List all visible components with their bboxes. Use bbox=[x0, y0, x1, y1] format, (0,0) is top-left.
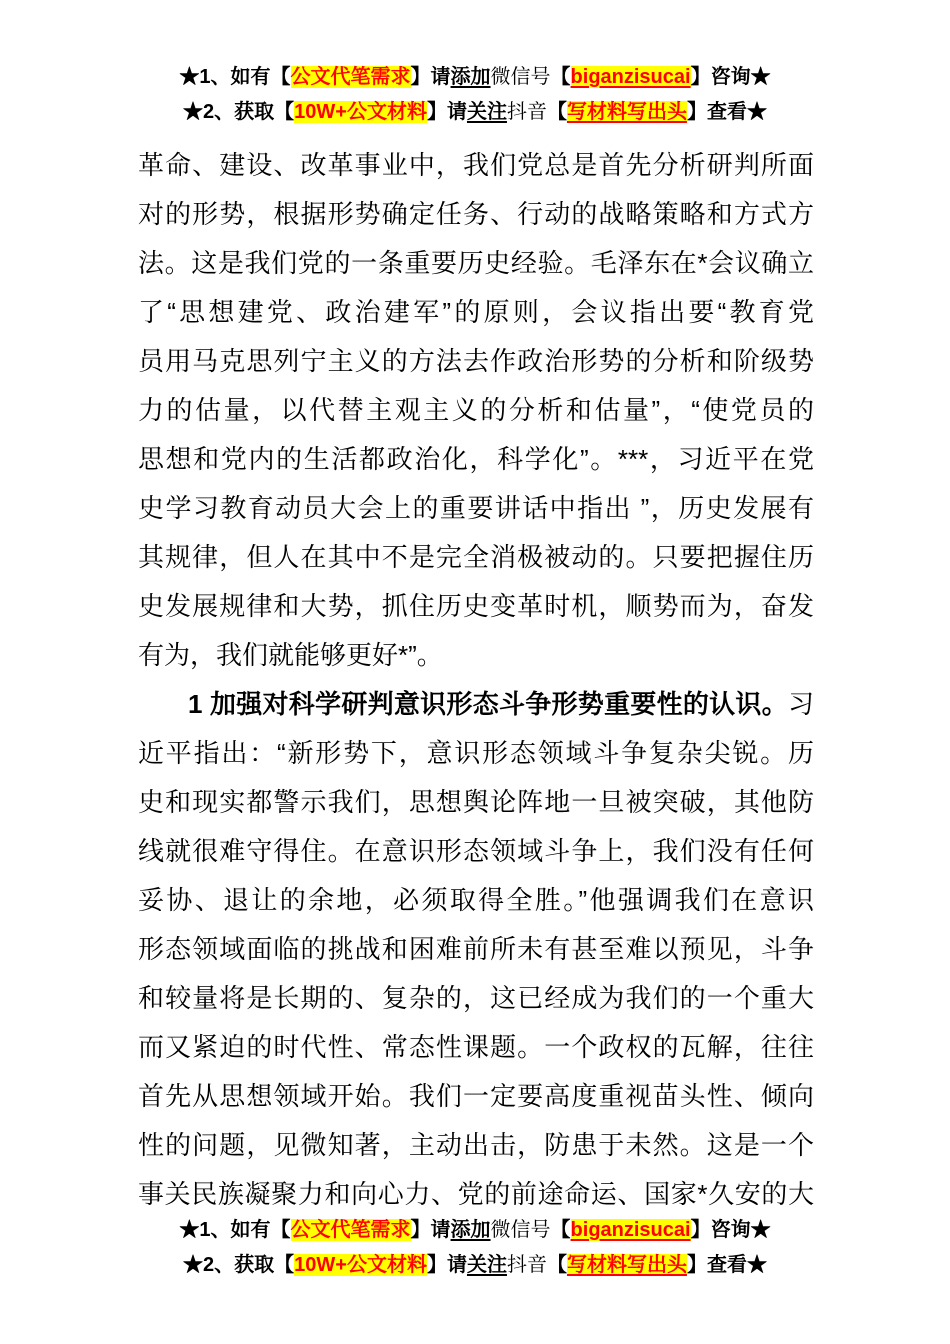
body-text: 有为，我们就能够更好*”。 bbox=[138, 640, 443, 670]
body-text: 了“思想建党、政治建军”的原则，会议指出要“教育党 bbox=[138, 297, 814, 327]
banner-prefix: ★2、获取【 bbox=[183, 1254, 294, 1276]
banner-suffix: 】咨询★ bbox=[691, 1219, 771, 1241]
header-promo-banner: ★1、如有【公文代笔需求】请添加微信号【biganzisucai】咨询★★2、获… bbox=[0, 60, 950, 130]
text-line: 线就很难守得住。在意识形态领域斗争上，我们没有任何 bbox=[138, 827, 814, 876]
text-line: 形态领域面临的挑战和困难前所未有甚至难以预见，斗争 bbox=[138, 925, 814, 974]
body-text: 对的形势，根据形势确定任务、行动的战略策略和方式方 bbox=[138, 199, 814, 229]
body-text: 力的估量，以代替主观主义的分析和估量”，“使党员的 bbox=[138, 395, 814, 425]
body-text: 性的问题，见微知著，主动出击，防患于未然。这是一个 bbox=[138, 1130, 814, 1160]
body-text: 妥协、退让的余地，必须取得全胜。”他强调我们在意识 bbox=[138, 885, 814, 915]
douyin-label: 抖音 bbox=[507, 101, 547, 123]
materials-keyword-highlight: 10W+公文材料 bbox=[294, 101, 427, 123]
banner-suffix: 】查看★ bbox=[687, 1254, 767, 1276]
banner-line: ★2、获取【10W+公文材料】请关注抖音【写材料写出头】查看★ bbox=[0, 95, 950, 130]
text-line: 法。这是我们党的一条重要历史经验。毛泽东在*会议确立 bbox=[138, 239, 814, 288]
text-line: 革命、建设、改革事业中，我们党总是首先分析研判所面 bbox=[138, 141, 814, 190]
body-text: 近平指出：“新形势下，意识形态领域斗争复杂尖锐。历 bbox=[138, 738, 814, 768]
body-text: 习 bbox=[788, 689, 814, 719]
banner-bracket: 【 bbox=[547, 1254, 567, 1276]
text-line: 妥协、退让的余地，必须取得全胜。”他强调我们在意识 bbox=[138, 876, 814, 925]
follow-action-underlined: 关注 bbox=[467, 101, 507, 123]
banner-prefix: ★1、如有【 bbox=[179, 66, 290, 88]
banner-line: ★1、如有【公文代笔需求】请添加微信号【biganzisucai】咨询★ bbox=[0, 60, 950, 95]
text-line: 思想和党内的生活都政治化，科学化”。***，习近平在党 bbox=[138, 435, 814, 484]
follow-action-underlined: 关注 bbox=[467, 1254, 507, 1276]
add-action-underlined: 添加 bbox=[451, 66, 491, 88]
body-text: 形态领域面临的挑战和困难前所未有甚至难以预见，斗争 bbox=[138, 934, 814, 964]
body-text: 革命、建设、改革事业中，我们党总是首先分析研判所面 bbox=[138, 150, 814, 180]
banner-text: 】请 bbox=[411, 66, 451, 88]
body-text: 史和现实都警示我们，思想舆论阵地一旦被突破，其他防 bbox=[138, 787, 814, 817]
banner-text: 】请 bbox=[427, 101, 467, 123]
materials-keyword-highlight: 10W+公文材料 bbox=[294, 1254, 427, 1276]
document-body: 革命、建设、改革事业中，我们党总是首先分析研判所面对的形势，根据形势确定任务、行… bbox=[138, 141, 814, 1219]
banner-bracket: 【 bbox=[551, 1219, 571, 1241]
text-line: 而又紧迫的时代性、常态性课题。一个政权的瓦解，往往 bbox=[138, 1023, 814, 1072]
banner-line: ★2、获取【10W+公文材料】请关注抖音【写材料写出头】查看★ bbox=[0, 1248, 950, 1283]
banner-text: 】请 bbox=[427, 1254, 467, 1276]
text-line: 了“思想建党、政治建军”的原则，会议指出要“教育党 bbox=[138, 288, 814, 337]
douyin-label: 抖音 bbox=[507, 1254, 547, 1276]
banner-bracket: 【 bbox=[547, 101, 567, 123]
body-text: 首先从思想领域开始。我们一定要高度重视苗头性、倾向 bbox=[138, 1081, 814, 1111]
banner-prefix: ★1、如有【 bbox=[179, 1219, 290, 1241]
body-text: 员用马克思列宁主义的方法去作政治形势的分析和阶级势 bbox=[138, 346, 814, 376]
text-line: 史和现实都警示我们，思想舆论阵地一旦被突破，其他防 bbox=[138, 778, 814, 827]
text-line: 事关民族凝聚力和向心力、党的前途命运、国家*久安的大 bbox=[138, 1170, 814, 1219]
wechat-id-highlight: biganzisucai bbox=[571, 66, 691, 88]
wechat-label: 微信号 bbox=[491, 66, 551, 88]
banner-bracket: 【 bbox=[551, 66, 571, 88]
text-line: 对的形势，根据形势确定任务、行动的战略策略和方式方 bbox=[138, 190, 814, 239]
banner-suffix: 】查看★ bbox=[687, 101, 767, 123]
body-text: 思想和党内的生活都政治化，科学化”。***，习近平在党 bbox=[138, 444, 814, 474]
text-line: 史学习教育动员大会上的重要讲话中指出 ”，历史发展有 bbox=[138, 484, 814, 533]
body-text: 而又紧迫的时代性、常态性课题。一个政权的瓦解，往往 bbox=[138, 1032, 814, 1062]
text-line: 有为，我们就能够更好*”。 bbox=[138, 631, 814, 680]
body-text: 其规律，但人在其中不是完全消极被动的。只要把握住历 bbox=[138, 542, 814, 572]
document-page: ★1、如有【公文代笔需求】请添加微信号【biganzisucai】咨询★★2、获… bbox=[0, 0, 950, 1344]
section-heading-text: 1 加强对科学研判意识形态斗争形势重要性的认识。 bbox=[188, 689, 788, 719]
text-line: 其规律，但人在其中不是完全消极被动的。只要把握住历 bbox=[138, 533, 814, 582]
body-text: 史学习教育动员大会上的重要讲话中指出 ”，历史发展有 bbox=[138, 493, 814, 523]
service-keyword-highlight: 公文代笔需求 bbox=[291, 66, 411, 88]
banner-text: 】请 bbox=[411, 1219, 451, 1241]
text-line: 员用马克思列宁主义的方法去作政治形势的分析和阶级势 bbox=[138, 337, 814, 386]
douyin-name-highlight: 写材料写出头 bbox=[567, 101, 687, 123]
banner-line: ★1、如有【公文代笔需求】请添加微信号【biganzisucai】咨询★ bbox=[0, 1213, 950, 1248]
text-line: 史发展规律和大势，抓住历史变革时机，顺势而为，奋发 bbox=[138, 582, 814, 631]
text-line: 力的估量，以代替主观主义的分析和估量”，“使党员的 bbox=[138, 386, 814, 435]
banner-suffix: 】咨询★ bbox=[691, 66, 771, 88]
service-keyword-highlight: 公文代笔需求 bbox=[291, 1219, 411, 1241]
footer-promo-banner: ★1、如有【公文代笔需求】请添加微信号【biganzisucai】咨询★★2、获… bbox=[0, 1213, 950, 1283]
douyin-name-highlight: 写材料写出头 bbox=[567, 1254, 687, 1276]
body-text: 线就很难守得住。在意识形态领域斗争上，我们没有任何 bbox=[138, 836, 814, 866]
text-line: 首先从思想领域开始。我们一定要高度重视苗头性、倾向 bbox=[138, 1072, 814, 1121]
text-line: 近平指出：“新形势下，意识形态领域斗争复杂尖锐。历 bbox=[138, 729, 814, 778]
banner-prefix: ★2、获取【 bbox=[183, 101, 294, 123]
body-text: 和较量将是长期的、复杂的，这已经成为我们的一个重大 bbox=[138, 983, 814, 1013]
body-text: 史发展规律和大势，抓住历史变革时机，顺势而为，奋发 bbox=[138, 591, 814, 621]
body-text: 法。这是我们党的一条重要历史经验。毛泽东在*会议确立 bbox=[138, 248, 814, 278]
add-action-underlined: 添加 bbox=[451, 1219, 491, 1241]
text-line: 1 加强对科学研判意识形态斗争形势重要性的认识。习 bbox=[138, 680, 814, 729]
text-line: 和较量将是长期的、复杂的，这已经成为我们的一个重大 bbox=[138, 974, 814, 1023]
text-line: 性的问题，见微知著，主动出击，防患于未然。这是一个 bbox=[138, 1121, 814, 1170]
body-text: 事关民族凝聚力和向心力、党的前途命运、国家*久安的大 bbox=[138, 1179, 814, 1209]
wechat-id-highlight: biganzisucai bbox=[571, 1219, 691, 1241]
wechat-label: 微信号 bbox=[491, 1219, 551, 1241]
